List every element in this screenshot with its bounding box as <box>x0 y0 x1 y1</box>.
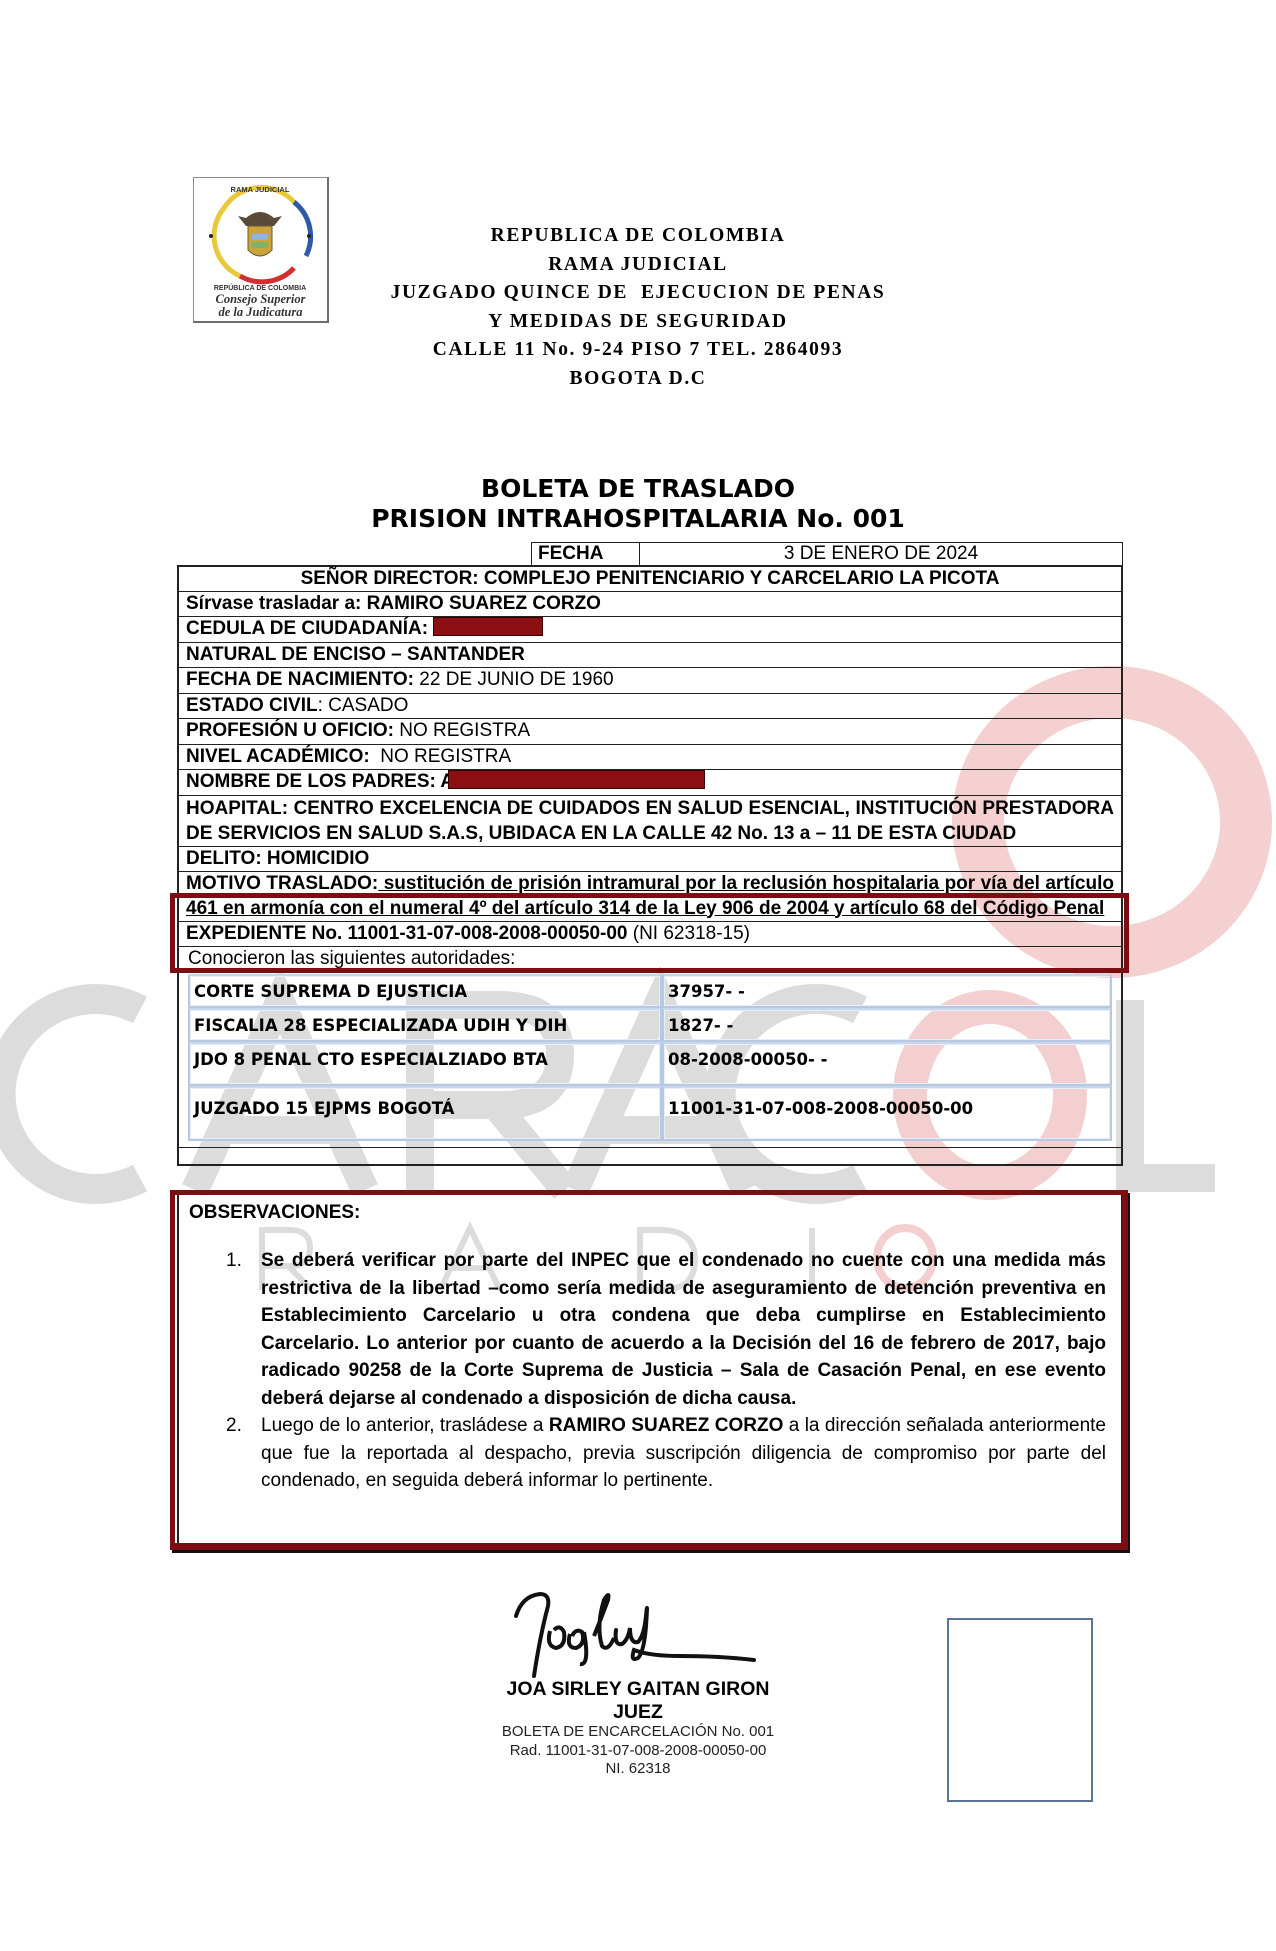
table-spacer <box>179 1148 1121 1164</box>
list-item: 1. Se deberá verificar por parte del INP… <box>214 1247 1106 1412</box>
director-row: SEÑOR DIRECTOR: COMPLEJO PENITENCIARIO Y… <box>179 567 1121 592</box>
autoridad-name: FISCALIA 28 ESPECIALIZADA UDIH Y DIH <box>188 1008 662 1042</box>
svg-text:REPÚBLICA DE COLOMBIA: REPÚBLICA DE COLOMBIA <box>214 283 306 292</box>
expediente-row: EXPEDIENTE No. 11001-31-07-008-2008-0005… <box>179 922 1121 947</box>
cedula-redaction <box>433 617 543 636</box>
nacimiento-value: 22 DE JUNIO DE 1960 <box>414 669 614 690</box>
motivo-row: MOTIVO TRASLADO: sustitución de prisión … <box>179 872 1121 922</box>
expediente-label: EXPEDIENTE No. 11001-31-07-008-2008-0005… <box>186 923 627 944</box>
autoridades-section: Conocieron las siguientes autoridades: C… <box>179 947 1121 1148</box>
estado-civil-label: ESTADO CIVIL <box>186 695 318 716</box>
observaciones-title: OBSERVACIONES: <box>189 1202 360 1224</box>
hospital-row: HOAPITAL: CENTRO EXCELENCIA DE CUIDADOS … <box>179 796 1121 847</box>
fecha-box: FECHA 3 DE ENERO DE 2024 <box>531 542 1123 565</box>
padres-label: NOMBRE DE LOS PADRES: <box>186 771 440 792</box>
trasladar-row: Sírvase trasladar a: RAMIRO SUAREZ CORZO <box>179 592 1121 617</box>
motivo-label: MOTIVO TRASLADO: <box>186 873 378 894</box>
table-row: CORTE SUPREMA D EJUSTICIA 37957- - <box>188 974 1112 1008</box>
autoridad-name: CORTE SUPREMA D EJUSTICIA <box>188 974 662 1008</box>
autoridad-radicado: 1827- - <box>662 1008 1112 1042</box>
natural-row: NATURAL DE ENCISO – SANTANDER <box>179 643 1121 668</box>
title-line1: BOLETA DE TRASLADO <box>300 474 976 504</box>
traslado-form-table: SEÑOR DIRECTOR: COMPLEJO PENITENCIARIO Y… <box>177 565 1123 1166</box>
observaciones-section: OBSERVACIONES: 1. Se deberá verificar po… <box>177 1195 1123 1545</box>
list-item: 2. Luego de lo anterior, trasládese a RA… <box>214 1412 1106 1495</box>
profesion-label: PROFESIÓN U OFICIO: <box>186 720 394 741</box>
nacimiento-row: FECHA DE NACIMIENTO: 22 DE JUNIO DE 1960 <box>179 668 1121 694</box>
padres-redaction <box>448 770 705 789</box>
trasladar-value: RAMIRO SUAREZ CORZO <box>367 593 601 614</box>
cedula-label: CEDULA DE CIUDADANÍA: <box>186 618 433 639</box>
table-row: JDO 8 PENAL CTO ESPECIALZIADO BTA 08-200… <box>188 1042 1112 1086</box>
estado-civil-row: ESTADO CIVIL: CASADO <box>179 694 1121 719</box>
court-header: REPUBLICA DE COLOMBIA RAMA JUDICIAL JUZG… <box>300 222 976 394</box>
nivel-academico-row: NIVEL ACADÉMICO: NO REGISTRA <box>179 745 1121 770</box>
autoridades-label: Conocieron las siguientes autoridades: <box>188 947 1112 971</box>
judge-role: JUEZ <box>438 1701 838 1723</box>
delito-row: DELITO: HOMICIDIO <box>179 847 1121 872</box>
autoridad-name: JUZGADO 15 EJPMS BOGOTÁ <box>188 1086 662 1141</box>
observaciones-list: 1. Se deberá verificar por parte del INP… <box>214 1247 1106 1495</box>
item-text: Se deberá verificar por parte del INPEC … <box>261 1247 1106 1412</box>
trasladar-label: Sírvase trasladar a: <box>186 593 367 614</box>
court-line: Y MEDIDAS DE SEGURIDAD <box>300 308 976 337</box>
fingerprint-box <box>947 1618 1093 1802</box>
court-line: RAMA JUDICIAL <box>300 251 976 280</box>
signature-block: JOA SIRLEY GAITAN GIRON JUEZ BOLETA DE E… <box>438 1677 838 1779</box>
item-text-bold: RAMIRO SUAREZ CORZO <box>549 1415 784 1436</box>
court-line: CALLE 11 No. 9-24 PISO 7 TEL. 2864093 <box>300 336 976 365</box>
profesion-value: NO REGISTRA <box>394 720 530 741</box>
estado-civil-value: : CASADO <box>318 695 409 716</box>
fecha-value: 3 DE ENERO DE 2024 <box>640 543 1122 565</box>
table-row: JUZGADO 15 EJPMS BOGOTÁ 11001-31-07-008-… <box>188 1086 1112 1141</box>
document-title: BOLETA DE TRASLADO PRISION INTRAHOSPITAL… <box>300 474 976 534</box>
item-number: 1. <box>214 1247 261 1412</box>
cedula-row: CEDULA DE CIUDADANÍA: <box>179 617 1121 643</box>
fecha-label: FECHA <box>532 543 640 565</box>
item-text: Luego de lo anterior, trasládese a RAMIR… <box>261 1412 1106 1495</box>
autoridad-radicado: 11001-31-07-008-2008-00050-00 <box>662 1086 1112 1141</box>
nivel-academico-value: NO REGISTRA <box>370 746 511 767</box>
nacimiento-label: FECHA DE NACIMIENTO: <box>186 669 414 690</box>
svg-text:RAMA JUDICIAL: RAMA JUDICIAL <box>231 185 290 194</box>
expediente-value: (NI 62318-15) <box>627 923 750 944</box>
radicado-number: Rad. 11001-31-07-008-2008-00050-00 <box>438 1742 838 1761</box>
title-line2: PRISION INTRAHOSPITALARIA No. 001 <box>300 504 976 534</box>
judge-name: JOA SIRLEY GAITAN GIRON <box>438 1677 838 1701</box>
nivel-academico-label: NIVEL ACADÉMICO: <box>186 746 370 767</box>
boleta-number: BOLETA DE ENCARCELACIÓN No. 001 <box>438 1723 838 1742</box>
padres-row: NOMBRE DE LOS PADRES: A <box>179 770 1121 796</box>
item-text-part: Luego de lo anterior, trasládese a <box>261 1415 549 1436</box>
judge-signature <box>510 1586 770 1681</box>
profesion-row: PROFESIÓN U OFICIO: NO REGISTRA <box>179 719 1121 745</box>
court-line: REPUBLICA DE COLOMBIA <box>300 222 976 251</box>
ni-number: NI. 62318 <box>438 1760 838 1779</box>
table-row: FISCALIA 28 ESPECIALIZADA UDIH Y DIH 182… <box>188 1008 1112 1042</box>
autoridad-radicado: 37957- - <box>662 974 1112 1008</box>
autoridad-name: JDO 8 PENAL CTO ESPECIALZIADO BTA <box>188 1042 662 1086</box>
autoridad-radicado: 08-2008-00050- - <box>662 1042 1112 1086</box>
court-line: BOGOTA D.C <box>300 365 976 394</box>
autoridades-table: CORTE SUPREMA D EJUSTICIA 37957- - FISCA… <box>188 974 1112 1141</box>
item-number: 2. <box>214 1412 261 1495</box>
court-line: JUZGADO QUINCE DE EJECUCION DE PENAS <box>300 279 976 308</box>
